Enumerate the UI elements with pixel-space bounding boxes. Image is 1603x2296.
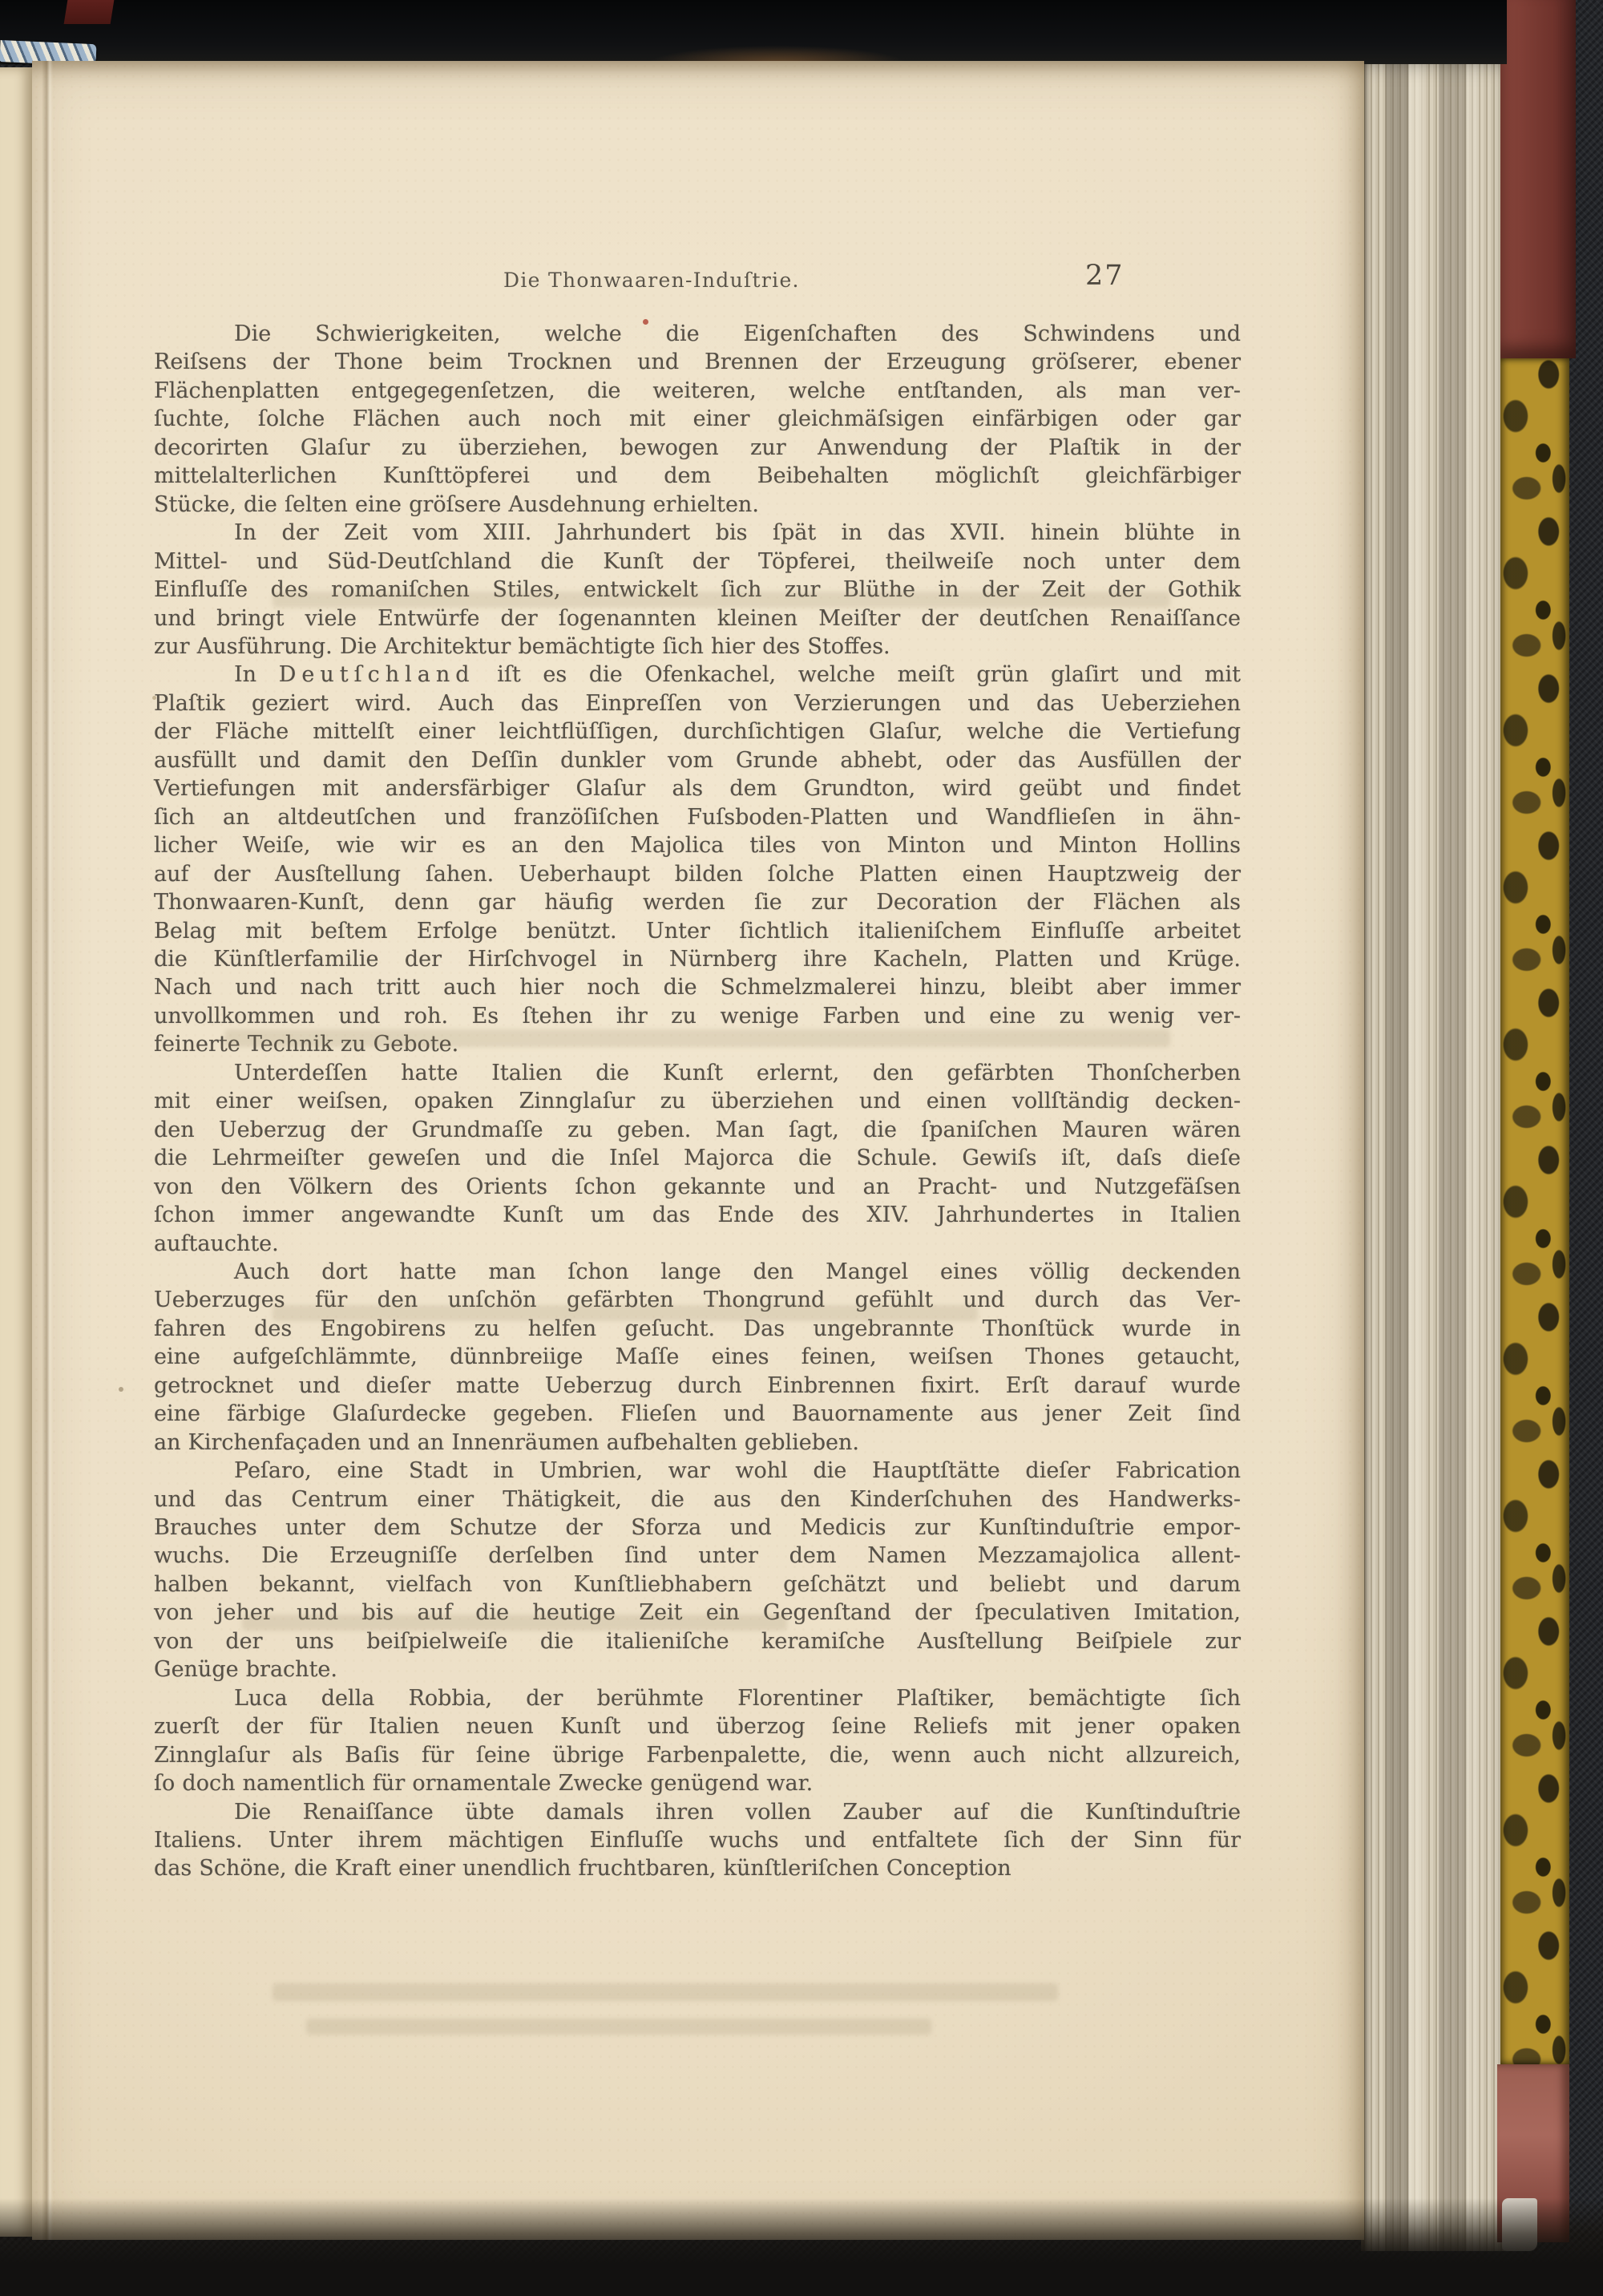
text-line: an Kirchenfaçaden und an Innenräumen auf… — [154, 1429, 1241, 1457]
paragraph: Peſaro, eine Stadt in Umbrien, war wohl … — [154, 1457, 1241, 1684]
running-header-title: Die Thonwaaren-Induſtrie. — [503, 269, 800, 292]
text-line: eine färbige Glaſurdecke gegeben. Flieſe… — [154, 1400, 1241, 1428]
text-line: licher Weiſe, wie wir es an den Majolica… — [154, 831, 1241, 859]
paragraph: Luca della Robbia, der berühmte Florenti… — [154, 1684, 1241, 1798]
text-line: zuerſt der für Italien neuen Kunſt und ü… — [154, 1712, 1241, 1740]
text-line: Plaſtik geziert wird. Auch das Einpreſſe… — [154, 689, 1241, 717]
text-line: auf der Ausſtellung ſahen. Ueberhaupt bi… — [154, 860, 1241, 888]
book-fore-edge — [1361, 50, 1505, 2251]
text-line: mit einer weiſsen, opaken Zinnglaſur zu … — [154, 1087, 1241, 1115]
text-line: halben bekannt, vielfach von Kunſtliebha… — [154, 1570, 1241, 1599]
paragraph: Auch dort hatte man ſchon lange den Mang… — [154, 1258, 1241, 1457]
cover-leather-top — [1500, 0, 1576, 358]
text-line: zur Ausführung. Die Architektur bemächti… — [154, 633, 1241, 661]
text-line: Peſaro, eine Stadt in Umbrien, war wohl … — [154, 1457, 1241, 1485]
text-line: ſich an altdeutſchen und franzöſiſchen F… — [154, 803, 1241, 831]
text-line: von der uns beiſpielweiſe die italieniſc… — [154, 1627, 1241, 1655]
text-line: ſuchte, ſolche Flächen auch noch mit ein… — [154, 405, 1241, 433]
text-line: Einfluſſe des romaniſchen Stiles, entwic… — [154, 576, 1241, 604]
book-cover-edge — [1500, 0, 1576, 2253]
text-line: und das Centrum einer Thätigkeit, die au… — [154, 1486, 1241, 1514]
text-line: In Deutſchland iſt es die Ofenkachel, we… — [154, 661, 1241, 689]
text-line: unvollkommen und roh. Es ſtehen ihr zu w… — [154, 1002, 1241, 1030]
text-line: Die Renaiſſance übte damals ihren vollen… — [154, 1798, 1241, 1826]
show-through-ghost — [273, 1983, 1058, 2001]
marbled-endpaper — [1500, 358, 1569, 2064]
text-line: und bringt viele Entwürfe der ſogenannte… — [154, 604, 1241, 633]
text-line: ſchon immer angewandte Kunſt um das Ende… — [154, 1201, 1241, 1229]
text-line: Belag mit beſtem Erfolge benützt. Unter … — [154, 917, 1241, 945]
book-top-edge — [0, 0, 1507, 64]
cover-corner-red — [64, 0, 115, 24]
text-line: den Ueberzug der Grundmaſſe zu geben. Ma… — [154, 1116, 1241, 1144]
book-scan: Die Thonwaaren-Induſtrie. 27 Die Schwier… — [0, 0, 1603, 2296]
book-page: Die Thonwaaren-Induſtrie. 27 Die Schwier… — [32, 61, 1364, 2240]
text-line: ausfüllt und damit den Deſſin dunkler vo… — [154, 746, 1241, 774]
bottom-shadow — [0, 2198, 1603, 2296]
paragraph: Unterdeſſen hatte Italien die Kunſt erle… — [154, 1059, 1241, 1258]
text-line: Vertiefungen mit andersfärbiger Glaſur a… — [154, 774, 1241, 802]
text-line: Ueberzuges für den unſchön gefärbten Tho… — [154, 1286, 1241, 1314]
text-line: Thonwaaren-Kunſt, denn gar häufig werden… — [154, 888, 1241, 916]
paragraph: Die Renaiſſance übte damals ihren vollen… — [154, 1798, 1241, 1883]
text-line: der Fläche mittelſt einer leichtflüſſige… — [154, 717, 1241, 746]
text-line: Italiens. Unter ihrem mächtigen Einfluſſ… — [154, 1826, 1241, 1854]
text-line: die Künſtlerfamilie der Hirſchvogel in N… — [154, 945, 1241, 973]
text-line: ſo doch namentlich für ornamentale Zweck… — [154, 1769, 1241, 1797]
text-line: auftauchte. — [154, 1230, 1241, 1258]
text-line: mittelalterlichen Kunſttöpferei und dem … — [154, 462, 1241, 490]
text-line: Genüge brachte. — [154, 1655, 1241, 1684]
text-line: das Schöne, die Kraft einer unendlich fr… — [154, 1854, 1241, 1882]
show-through-ghost — [306, 2019, 931, 2035]
paragraph: Die Schwierigkeiten, welche die Eigenſch… — [154, 320, 1241, 519]
text-line: von den Völkern des Orients ſchon gekann… — [154, 1173, 1241, 1201]
text-line: Zinnglaſur als Baſis für ſeine übrige Fa… — [154, 1741, 1241, 1769]
text-line: Nach und nach tritt auch hier noch die S… — [154, 973, 1241, 1001]
text-line: eine aufgeſchlämmte, dünnbreiige Maſſe e… — [154, 1343, 1241, 1371]
text-line: von jeher und bis auf die heutige Zeit e… — [154, 1599, 1241, 1627]
text-line: die Lehrmeiſter geweſen und die Inſel Ma… — [154, 1144, 1241, 1172]
text-line: Auch dort hatte man ſchon lange den Mang… — [154, 1258, 1241, 1286]
text-line: wuchs. Die Erzeugniſſe derſelben ſind un… — [154, 1542, 1241, 1570]
text-line: Die Schwierigkeiten, welche die Eigenſch… — [154, 320, 1241, 348]
paragraph: In der Zeit vom XIII. Jahrhundert bis ſp… — [154, 519, 1241, 661]
text-line: getrocknet und dieſer matte Ueberzug dur… — [154, 1372, 1241, 1400]
text-line: Mittel- und Süd-Deutſchland die Kunſt de… — [154, 548, 1241, 576]
page-number: 27 — [1085, 260, 1125, 292]
text-line: feinerte Technik zu Gebote. — [154, 1030, 1241, 1058]
foxing-spot — [152, 696, 156, 700]
text-line: Stücke, die ſelten eine gröſsere Ausdehn… — [154, 491, 1241, 519]
text-line: decorirten Glaſur zu überziehen, bewogen… — [154, 434, 1241, 462]
text-line: fahren des Engobirens zu helfen geſucht.… — [154, 1315, 1241, 1343]
text-line: In der Zeit vom XIII. Jahrhundert bis ſp… — [154, 519, 1241, 547]
paragraph: In Deutſchland iſt es die Ofenkachel, we… — [154, 661, 1241, 1058]
text-line: Brauches unter dem Schutze der Sforza un… — [154, 1514, 1241, 1542]
gutter-crease — [42, 61, 53, 2240]
text-line: Unterdeſſen hatte Italien die Kunſt erle… — [154, 1059, 1241, 1087]
red-ink-speck — [643, 319, 648, 325]
text-line: Luca della Robbia, der berühmte Florenti… — [154, 1684, 1241, 1712]
text-line: Flächenplatten entgegegenſetzen, die wei… — [154, 377, 1241, 405]
text-line: Reiſsens der Thone beim Trocknen und Bre… — [154, 348, 1241, 376]
foxing-spot — [119, 1387, 123, 1392]
body-text: Die Schwierigkeiten, welche die Eigenſch… — [154, 320, 1241, 1883]
